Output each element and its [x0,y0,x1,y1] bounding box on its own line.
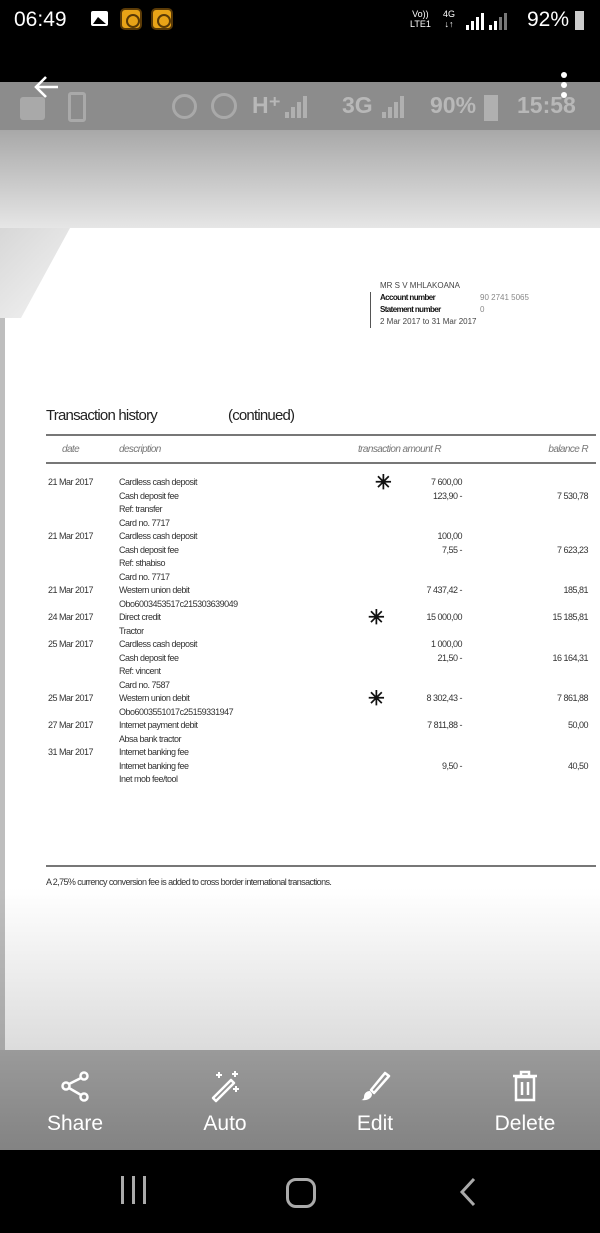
network-type-indicator: 4G↓↑ [443,9,455,29]
auto-enhance-button[interactable]: Auto [150,1050,300,1150]
column-header-balance: balance R [548,444,588,455]
transaction-date: 27 Mar 2017 [48,719,93,733]
share-icon [57,1068,93,1104]
transaction-description: Western union debit [119,584,189,598]
statement-period: 2 Mar 2017 to 31 Mar 2017 [380,316,529,328]
transaction-amount: 8 302,43 - [426,692,462,706]
statement-number: 0 [480,305,484,314]
footnote: A 2,75% currency conversion fee is added… [46,877,331,887]
divider [46,865,596,867]
transaction-description: Card no. 7717 [119,571,170,585]
transaction-description: Western union debit [119,692,189,706]
transaction-amount: 7 600,00 [431,476,462,490]
signal-icon [382,96,404,118]
transaction-amount: 1 000,00 [431,638,462,652]
transaction-description: Direct credit [119,611,161,625]
action-bar: Share Auto Edit Delete [0,1050,600,1150]
transaction-balance: 7 530,78 [557,490,588,504]
navigation-bar [0,1150,600,1233]
signal-icon [466,13,484,30]
divider [46,434,596,436]
transaction-amount: 21,50 - [437,652,462,666]
transaction-date: 21 Mar 2017 [48,584,93,598]
viewer-header [0,42,600,82]
recent-apps-button[interactable] [118,1176,148,1204]
account-details: MR S V MHLAKOANA Account number90 2741 5… [380,280,529,328]
transaction-balance: 15 185,81 [552,611,588,625]
network-h-indicator: H⁺ [252,92,281,119]
transaction-amount: 15 000,00 [426,611,462,625]
transaction-balance: 185,81 [563,584,588,598]
transaction-description: Cash deposit fee [119,652,179,666]
home-button[interactable] [286,1178,316,1208]
back-button[interactable] [458,1176,478,1208]
brush-icon [357,1068,393,1104]
gallery-notification-icon [91,11,108,26]
transaction-description: Cardless cash deposit [119,530,197,544]
account-number: 90 2741 5065 [480,293,529,302]
transaction-date: 31 Mar 2017 [48,746,93,760]
transaction-balance: 40,50 [568,760,588,774]
transaction-description: Cardless cash deposit [119,476,197,490]
transaction-description: Card no. 7587 [119,679,170,693]
transaction-amount: 7 811,88 - [427,719,462,733]
transaction-description: Card no. 7717 [119,517,170,531]
battery-percent: 92% [527,8,569,32]
back-arrow-icon[interactable] [32,72,62,102]
customer-name: MR S V MHLAKOANA [380,280,529,292]
transaction-amount: 9,50 - [442,760,462,774]
delete-button[interactable]: Delete [450,1050,600,1150]
status-time: 06:49 [14,8,67,32]
transaction-amount: 100,00 [437,530,462,544]
section-subtitle: (continued) [228,407,294,424]
transaction-description: Tractor [119,625,144,639]
transaction-amount: 7 437,42 - [426,584,462,598]
app-notification-icon [151,8,173,30]
transaction-description: Cash deposit fee [119,544,179,558]
transaction-description: Obo6003453517c21530363904​9 [119,598,238,612]
transaction-description: Internet payment debit [119,719,198,733]
transaction-description: Inet mob fee/tool [119,773,178,787]
column-header-date: date [62,444,79,455]
transaction-description: Absa bank tractor [119,733,181,747]
transaction-description: Ref: sthabiso [119,557,165,571]
handwritten-star-mark: ✳ [368,605,385,630]
column-header-amount: transaction amount R [358,444,441,455]
transaction-date: 21 Mar 2017 [48,530,93,544]
column-header-description: description [119,444,161,455]
magic-wand-icon [207,1068,243,1104]
volte-indicator: Vo))LTE1 [410,9,431,29]
transaction-description: Ref: transfer [119,503,162,517]
battery-icon [575,11,584,30]
status-bar: 06:49 Vo))LTE1 4G↓↑ 92% [0,0,600,42]
inner-battery-percent: 90% [430,92,476,119]
phone-alert-icon [68,92,86,122]
transaction-balance: 7 623,23 [557,544,588,558]
transaction-balance: 50,00 [568,719,588,733]
transaction-balance: 7 861,88 [557,692,588,706]
transaction-balance: 16 164,31 [552,652,588,666]
more-options-icon[interactable] [556,72,572,106]
transaction-description: Ref: vincent [119,665,161,679]
transaction-description: Cardless cash deposit [119,638,197,652]
transaction-date: 21 Mar 2017 [48,476,93,490]
transaction-amount: 7,55 - [442,544,462,558]
photo-status-bar: H⁺ 3G 90% 15:58 [0,82,600,130]
transaction-date: 25 Mar 2017 [48,638,93,652]
alarm-icon [211,93,237,119]
transaction-amount: 123,90 - [433,490,462,504]
app-notification-icon [120,8,142,30]
transaction-description: Obo6003551017c25159331947 [119,706,233,720]
handwritten-star-mark: ✳ [368,686,385,711]
edit-button[interactable]: Edit [300,1050,450,1150]
signal-icon [285,96,307,118]
divider [46,462,596,464]
share-button[interactable]: Share [0,1050,150,1150]
network-3g-indicator: 3G [342,92,373,119]
transaction-date: 24 Mar 2017 [48,611,93,625]
signal-icon [489,13,507,30]
section-title: Transaction history [46,407,157,424]
trash-icon [507,1068,543,1104]
data-saver-icon [172,94,197,119]
battery-icon [484,95,498,121]
transaction-description: Internet banking fee [119,760,189,774]
handwritten-star-mark: ✳ [375,470,392,495]
transaction-description: Internet banking fee [119,746,189,760]
transaction-description: Cash deposit fee [119,490,179,504]
transaction-date: 25 Mar 2017 [48,692,93,706]
photo-viewer[interactable]: H⁺ 3G 90% 15:58 MR S V MHLAKOANA Account… [0,82,600,1050]
